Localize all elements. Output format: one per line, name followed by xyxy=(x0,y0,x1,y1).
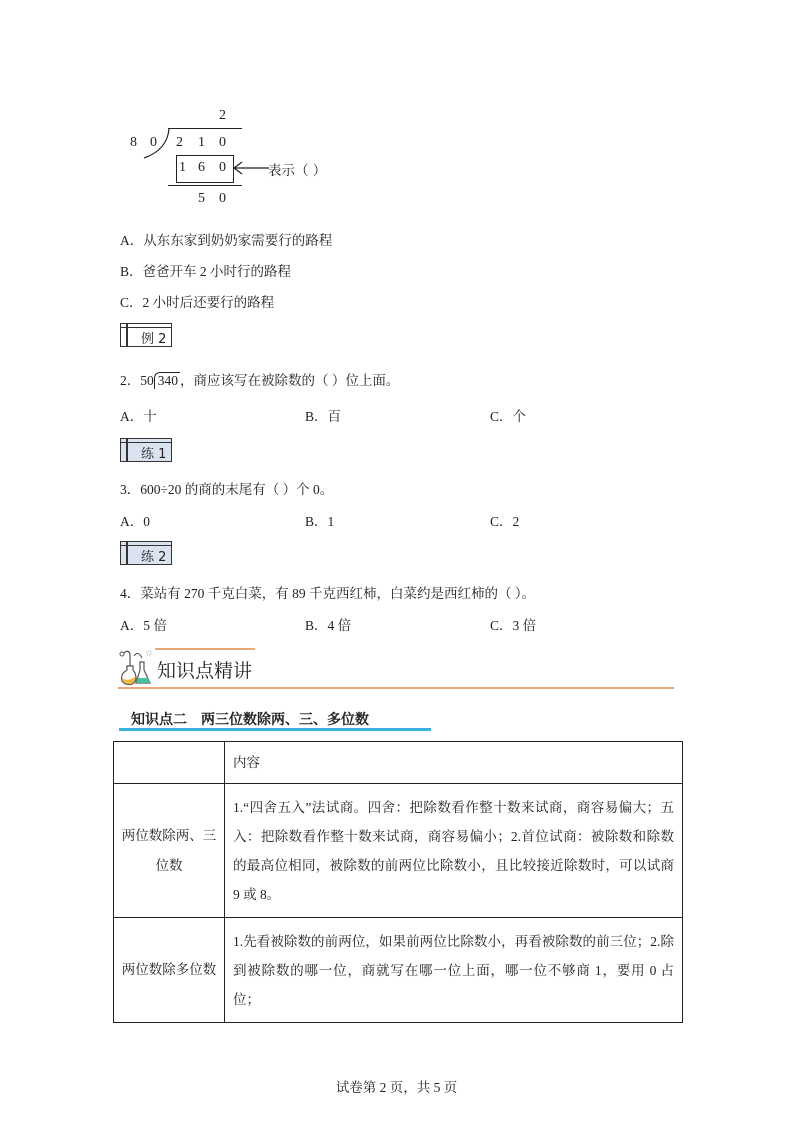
remainder-digit: 5 xyxy=(198,191,205,207)
table-row: 两位数除两、三位数 1.“四舍五入”法试商。四舍：把除数看作整十数来试商，商容易… xyxy=(114,784,683,918)
table-row-content: 1.先看被除数的前两位，如果前两位比除数小，再看被除数的前三位；2.除到被除数的… xyxy=(225,918,683,1023)
q2-number: 2． xyxy=(120,373,140,388)
dividend-digit: 2 xyxy=(176,135,183,151)
tag-label: 练 1 xyxy=(141,443,166,462)
knowledge-point-subtitle: 知识点二 两三位数除两、三、多位数 xyxy=(131,709,369,729)
q3-option-a: A．0 xyxy=(120,510,150,530)
divisor-digit: 8 xyxy=(130,135,137,151)
knowledge-table: 内容 两位数除两、三位数 1.“四舍五入”法试商。四舍：把除数看作整十数来试商，… xyxy=(113,741,683,1023)
dividend-digit: 0 xyxy=(219,135,226,151)
q1-option-a: A．从东东家到奶奶家需要行的路程 xyxy=(120,229,332,249)
q2-divisor: 50 xyxy=(140,373,154,388)
product-digit: 0 xyxy=(219,160,226,176)
division-bar xyxy=(168,128,242,129)
product-digit: 1 xyxy=(179,160,186,176)
table-header-cell: 内容 xyxy=(225,742,683,784)
subtitle-underline xyxy=(119,728,431,731)
subtraction-line xyxy=(168,185,242,186)
page-footer: 试卷第 2 页，共 5 页 xyxy=(0,1076,793,1096)
arrow-label: 表示（ ） xyxy=(268,159,326,179)
section-top-accent xyxy=(155,648,255,650)
q2-option-a: A．十 xyxy=(120,405,157,425)
table-row-content: 1.“四舍五入”法试商。四舍：把除数看作整十数来试商，商容易偏大；五入：把除数看… xyxy=(225,784,683,918)
q4-option-b: B．4 倍 xyxy=(305,614,351,634)
question-2: 2．50340，商应该写在被除数的（ ）位上面。 xyxy=(120,369,399,389)
dividend-digit: 1 xyxy=(198,135,205,151)
q1-option-c: C．2 小时后还要行的路程 xyxy=(120,291,274,311)
q4-option-a: A．5 倍 xyxy=(120,614,167,634)
table-row-label: 两位数除两、三位数 xyxy=(114,784,225,918)
remainder-digit: 0 xyxy=(219,191,226,207)
section-divider xyxy=(118,687,674,689)
division-bracket-icon xyxy=(142,128,172,160)
q4-option-c: C．3 倍 xyxy=(490,614,536,634)
q2-text: ，商应该写在被除数的（ ）位上面。 xyxy=(180,373,399,388)
table-header-cell xyxy=(114,742,225,784)
tag-label: 练 2 xyxy=(141,546,166,565)
q2-option-b: B．百 xyxy=(305,405,341,425)
arrow-left-icon xyxy=(232,160,270,176)
q3-option-c: C．2 xyxy=(490,510,519,530)
q1-option-b: B．爸爸开车 2 小时行的路程 xyxy=(120,260,291,280)
table-row-label: 两位数除多位数 xyxy=(114,918,225,1023)
tag-example-2: 例 2 xyxy=(120,323,172,347)
section-title: 知识点精讲 xyxy=(157,656,252,683)
table-row: 两位数除多位数 1.先看被除数的前两位，如果前两位比除数小，再看被除数的前三位；… xyxy=(114,918,683,1023)
tag-label: 例 2 xyxy=(141,328,166,347)
table-header-row: 内容 xyxy=(114,742,683,784)
q2-option-c: C．个 xyxy=(490,405,526,425)
product-digit: 6 xyxy=(198,160,205,176)
question-4: 4．菜站有 270 千克白菜，有 89 千克西红柿，白菜约是西红柿的（ ）。 xyxy=(120,582,535,602)
quotient: 2 xyxy=(219,108,226,124)
question-3: 3．600÷20 的商的末尾有（ ）个 0。 xyxy=(120,478,333,498)
q3-option-b: B．1 xyxy=(305,510,334,530)
tag-practice-2: 练 2 xyxy=(120,541,172,565)
lab-flask-icon xyxy=(118,648,154,686)
tag-practice-1: 练 1 xyxy=(120,438,172,462)
q2-dividend: 340 xyxy=(154,372,180,389)
